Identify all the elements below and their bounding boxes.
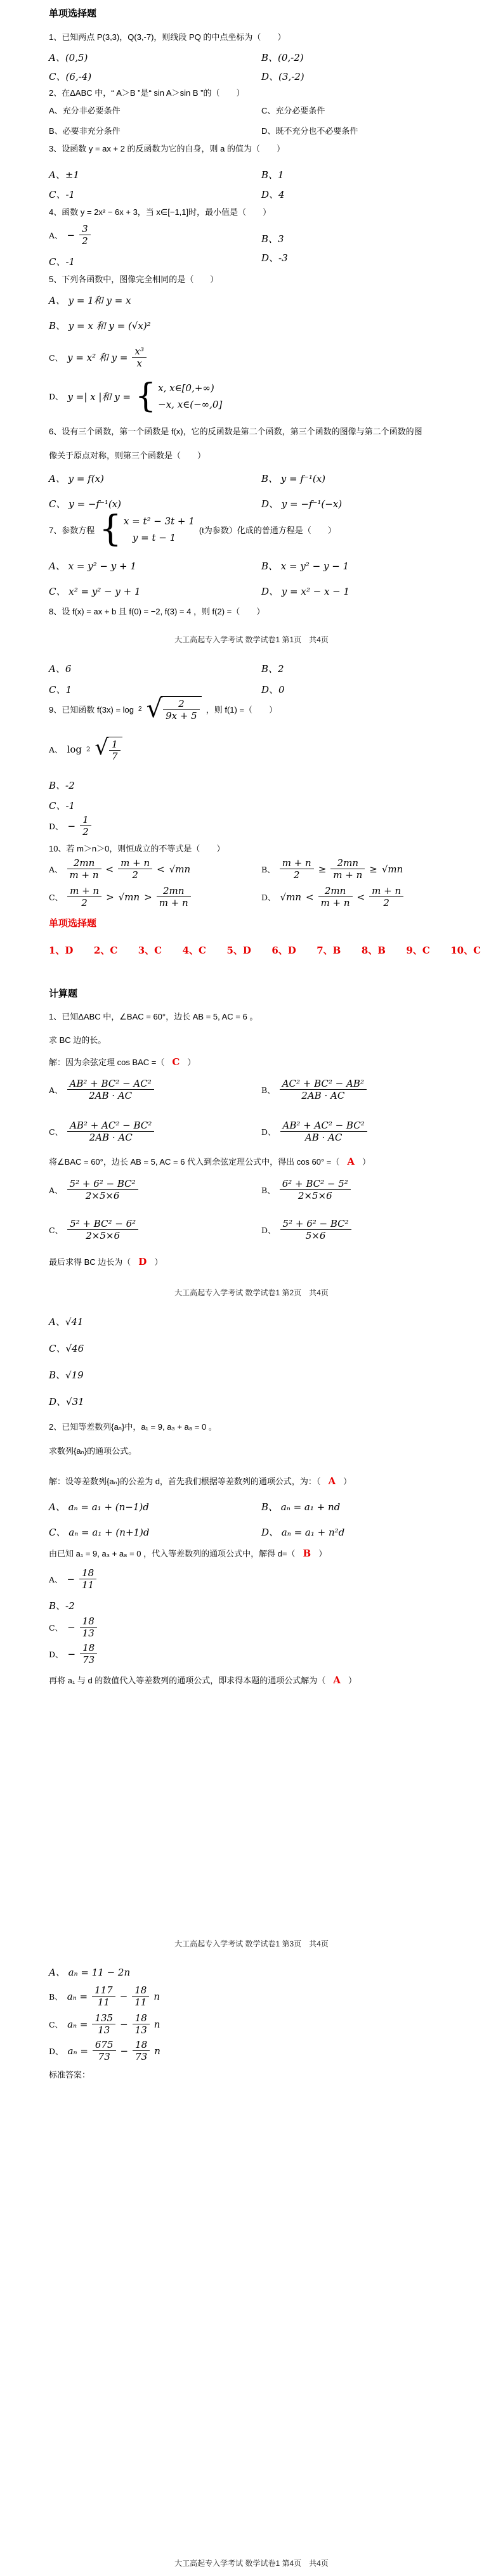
calc2-ask: 求数列{aₙ}的通项公式。 [49,1444,136,1456]
q9-stem-post: ，则 f(1) =（ ） [206,703,277,715]
calc2-step1-answer: A [320,1475,343,1487]
left-brace-icon: { [99,514,122,545]
q4-option-c: C、-1 [49,255,75,268]
calc1-step1: 解：因为余弦定理 cos BAC =（C） [49,1056,195,1068]
q8-option-c: C、1 [49,683,72,696]
standard-answer-label: 标准答案： [49,2068,90,2080]
q4-option-d: D、-3 [261,251,288,264]
radical-sign-icon: √ [95,737,108,758]
q9-option-d-label: D、 [49,820,63,832]
answer-item-5: 5、D [226,945,251,956]
calc1-final-option-b: B、√19 [49,1368,84,1382]
q7-stem-post: (t为参数）化成的普通方程是（ ） [199,524,336,536]
q7-stem: 7、参数方程 { x = t² − 3t + 1y = t − 1 (t为参数）… [49,514,336,545]
answer-item-9: 9、C [406,945,429,956]
calc1-step3-answer: D [131,1256,154,1267]
q9-option-d-sign: − [68,820,76,832]
calc1-sub-option-d: D、 5² + 6² − BC²5×6 [261,1218,351,1241]
q1-stem: 1、已知两点 P(3,3)，Q(3,-7)，则线段 PQ 的中点坐标为（ ） [49,30,285,42]
q9-stem: 9、已知函数 f(3x) = log2 √ 29x + 5 ，则 f(1) =（… [49,696,277,722]
calc2-option-a: A、 aₙ = a₁ + (n−1)d [49,1500,149,1513]
footer-page-4: 大工高起专入学考试 数学试卷1 第4页 共4页 [0,2558,503,2568]
mc-answers-line: 1、D 2、C 3、C 4、C 5、D 6、D 7、B 8、B 9、C 10、C [49,943,499,957]
q6-option-a: A、 y = f(x) [49,472,104,485]
calc1-stem: 1、已知ΔABC 中，∠BAC = 60°，边长 AB = 5, AC = 6 … [49,1010,258,1022]
q3-option-d: D、4 [261,188,285,201]
calc2-step2-answer: B [296,1548,319,1559]
calc2-option-c: C、 aₙ = a₁ + (n+1)d [49,1525,150,1539]
q8-option-a: A、6 [49,662,71,675]
q10-option-c: C、 m + n2 > √mn > 2mnm + n [49,885,191,909]
q4-stem: 4、函数 y = 2x² − 6x + 3，当 x∈[−1,1]时，最小值是（ … [49,205,271,217]
q5-option-a: A、 y = 1和 y = x [49,294,131,307]
q1-option-b: B、(0,-2) [261,51,304,64]
calc1-sub-option-a: A、 5² + 6² − BC²2×5×6 [49,1178,138,1201]
calc1-sub-option-c: C、 5² + BC² − 6²2×5×6 [49,1218,138,1241]
q9-option-c: C、-1 [49,799,75,812]
answer-item-1: 1、D [49,945,73,956]
calc2-d-option-c: C、 − 1813 [49,1615,97,1639]
q9-option-d-fraction: 12 [80,814,91,838]
q10-option-b: B、 m + n2 ≥ 2mnm + n ≥ √mn [261,857,403,881]
q9-option-a-radical: √ 17 [95,737,122,762]
q6-stem-line2: 像关于原点对称，则第三个函数是（ ） [49,449,206,461]
answer-item-2: 2、C [94,945,117,956]
calc2-d-option-b: B、-2 [49,1599,75,1612]
q9-option-a-log: log [67,744,82,755]
q5-option-d: D、 y =| x |和 y = { x, x∈[0,+∞)−x, x∈(−∞,… [49,382,222,411]
calc1-sub-option-b: B、 6² + BC² − 5²2×5×6 [261,1178,351,1201]
q8-stem: 8、设 f(x) = ax + b 且 f(0) = −2, f(3) = 4 … [49,605,265,617]
q8-option-d: D、0 [261,683,285,696]
footer-page-2: 大工高起专入学考试 数学试卷1 第2页 共4页 [0,1287,503,1298]
q3-option-c: C、-1 [49,188,75,201]
q5-option-c-fraction: x³x [132,346,146,369]
exam-paper: 单项选择题 1、已知两点 P(3,3)，Q(3,-7)，则线段 PQ 的中点坐标… [0,0,503,2576]
answer-item-4: 4、C [183,945,206,956]
q9-option-a: A、 log2 √ 17 [49,737,122,762]
footer-page-3: 大工高起专入学考试 数学试卷1 第3页 共4页 [0,1938,503,1949]
q9-radical: √ 29x + 5 [147,696,202,722]
q5-option-c-pre: y = x² 和 y = [67,351,127,364]
q4-option-a: A、 − 32 [49,223,91,247]
calc2-final-option-b: B、 aₙ = 11711 − 1811 n [49,1984,160,2008]
answer-item-8: 8、B [362,945,386,956]
calc2-final-option-a: A、 aₙ = 11 − 2n [49,1965,130,1979]
q4-option-a-sign: − [67,230,75,241]
calc2-final-option-d: D、 aₙ = 67573 − 1873 n [49,2039,160,2062]
calc1-option-d: D、 AB² + AC² − BC²AB · AC [261,1120,367,1143]
calc2-step3: 再将 a₁ 与 d 的数值代入等差数列的通项公式，即求得本题的通项公式解为（A） [49,1674,356,1686]
q1-option-d: D、(3,-2) [261,70,304,83]
calc2-final-option-c: C、 aₙ = 13513 − 1813 n [49,2012,160,2036]
calc1-option-b: B、 AC² + BC² − AB²2AB · AC [261,1078,367,1101]
calc1-final-option-c: C、√46 [49,1342,84,1355]
calc2-d-option-d: D、 − 1873 [49,1642,97,1666]
q8-option-b: B、2 [261,662,284,675]
q3-option-b: B、1 [261,168,284,181]
answer-item-7: 7、B [317,945,341,956]
q6-option-b: B、 y = f⁻¹(x) [261,472,325,485]
q7-option-b: B、 x = y² − y − 1 [261,559,349,573]
q2-stem: 2、在ΔABC 中，“ A＞B ”是“ sin A＞sin B ”的（ ） [49,86,244,98]
calc1-step3: 最后求得 BC 边长为（D） [49,1255,162,1267]
q4-option-a-fraction: 32 [79,223,91,247]
q7-parametric-cases: { x = t² − 3t + 1y = t − 1 [99,514,195,545]
mc-section-heading: 单项选择题 [49,6,96,20]
q9-option-b: B、-2 [49,779,75,792]
q5-option-c-label: C、 [49,352,63,363]
q9-option-a-label: A、 [49,744,63,755]
q4-option-a-label: A、 [49,230,63,241]
q7-stem-pre: 7、参数方程 [49,524,95,536]
q10-option-d: D、 √mn < 2mnm + n < m + n2 [261,885,403,909]
q7-option-d: D、 y = x² − x − 1 [261,585,349,598]
calc2-step3-answer: A [325,1674,348,1686]
q5-option-d-label: D、 [49,391,63,402]
q1-option-a: A、(0,5) [49,51,88,64]
q5-option-b: B、 y = x 和 y = (√x)² [49,319,151,332]
q5-option-d-cases: { x, x∈[0,+∞)−x, x∈(−∞,0] [135,382,222,411]
calc1-step1-answer: C [164,1056,187,1068]
q7-option-a: A、 x = y² − y + 1 [49,559,136,573]
q9-option-a-base: 2 [86,746,90,753]
q9-option-d: D、 − 12 [49,814,91,838]
q2-option-a: A、充分非必要条件 [49,104,121,116]
q5-option-c: C、 y = x² 和 y = x³x [49,346,147,369]
q3-option-a: A、±1 [49,168,79,181]
calc1-step2-answer: A [339,1156,362,1167]
calc1-ask: 求 BC 边的长。 [49,1033,106,1045]
q3-stem: 3、设函数 y = ax + 2 的反函数为它的自身，则 a 的值为（ ） [49,142,285,154]
q7-option-c: C、 x² = y² − y + 1 [49,585,141,598]
q9-log-base: 2 [138,706,142,713]
q6-option-d: D、 y = −f⁻¹(−x) [261,497,342,510]
calc2-stem: 2、已知等差数列{aₙ}中，a₁ = 9, a₃ + a₈ = 0 。 [49,1420,217,1432]
calc1-step2: 将∠BAC = 60°，边长 AB = 5, AC = 6 代入到余弦定理公式中… [49,1155,370,1167]
left-brace-icon: { [135,382,156,411]
q5-stem: 5、下列各函数中，图像完全相同的是（ ） [49,273,218,285]
footer-page-1: 大工高起专入学考试 数学试卷1 第1页 共4页 [0,634,503,645]
calc1-final-option-d: D、√31 [49,1395,84,1408]
q10-option-a: A、 2mnm + n < m + n2 < √mn [49,857,190,881]
q1-option-c: C、(6,-4) [49,70,91,83]
q10-stem: 10、若 m＞n＞0，则恒成立的不等式是（ ） [49,842,225,854]
answer-item-10: 10、C [450,945,481,956]
q9-stem-pre: 9、已知函数 f(3x) = log [49,703,134,715]
radical-sign-icon: √ [147,696,163,722]
calc1-option-c: C、 AB² + AC² − BC²2AB · AC [49,1120,154,1143]
calc2-option-d: D、 aₙ = a₁ + n²d [261,1525,344,1539]
q5-option-d-pre: y =| x |和 y = [68,390,131,403]
answer-item-6: 6、D [271,945,296,956]
answer-item-3: 3、C [138,945,162,956]
calc2-step1: 解：设等差数列{aₙ}的公差为 d，首先我们根据等差数列的通项公式，为：（A） [49,1475,351,1487]
calc2-option-b: B、 aₙ = a₁ + nd [261,1500,340,1513]
q2-option-b: B、必要非充分条件 [49,124,121,136]
q2-option-d: D、既不充分也不必要条件 [261,124,358,136]
mc-answers-heading: 单项选择题 [49,916,96,929]
q2-option-c: C、充分必要条件 [261,104,325,116]
calc-section-heading: 计算题 [49,987,77,1000]
calc1-final-option-a: A、√41 [49,1315,83,1328]
calc2-step2: 由已知 a₁ = 9, a₃ + a₈ = 0 ，代入等差数列的通项公式中，解得… [49,1547,327,1559]
calc2-d-option-a: A、 − 1811 [49,1567,96,1591]
q6-stem-line1: 6、设有三个函数，第一个函数是 f(x)，它的反函数是第二个函数，第三个函数的图… [49,425,422,437]
calc1-option-a: A、 AB² + BC² − AC²2AB · AC [49,1078,154,1101]
q4-option-b: B、3 [261,232,284,245]
